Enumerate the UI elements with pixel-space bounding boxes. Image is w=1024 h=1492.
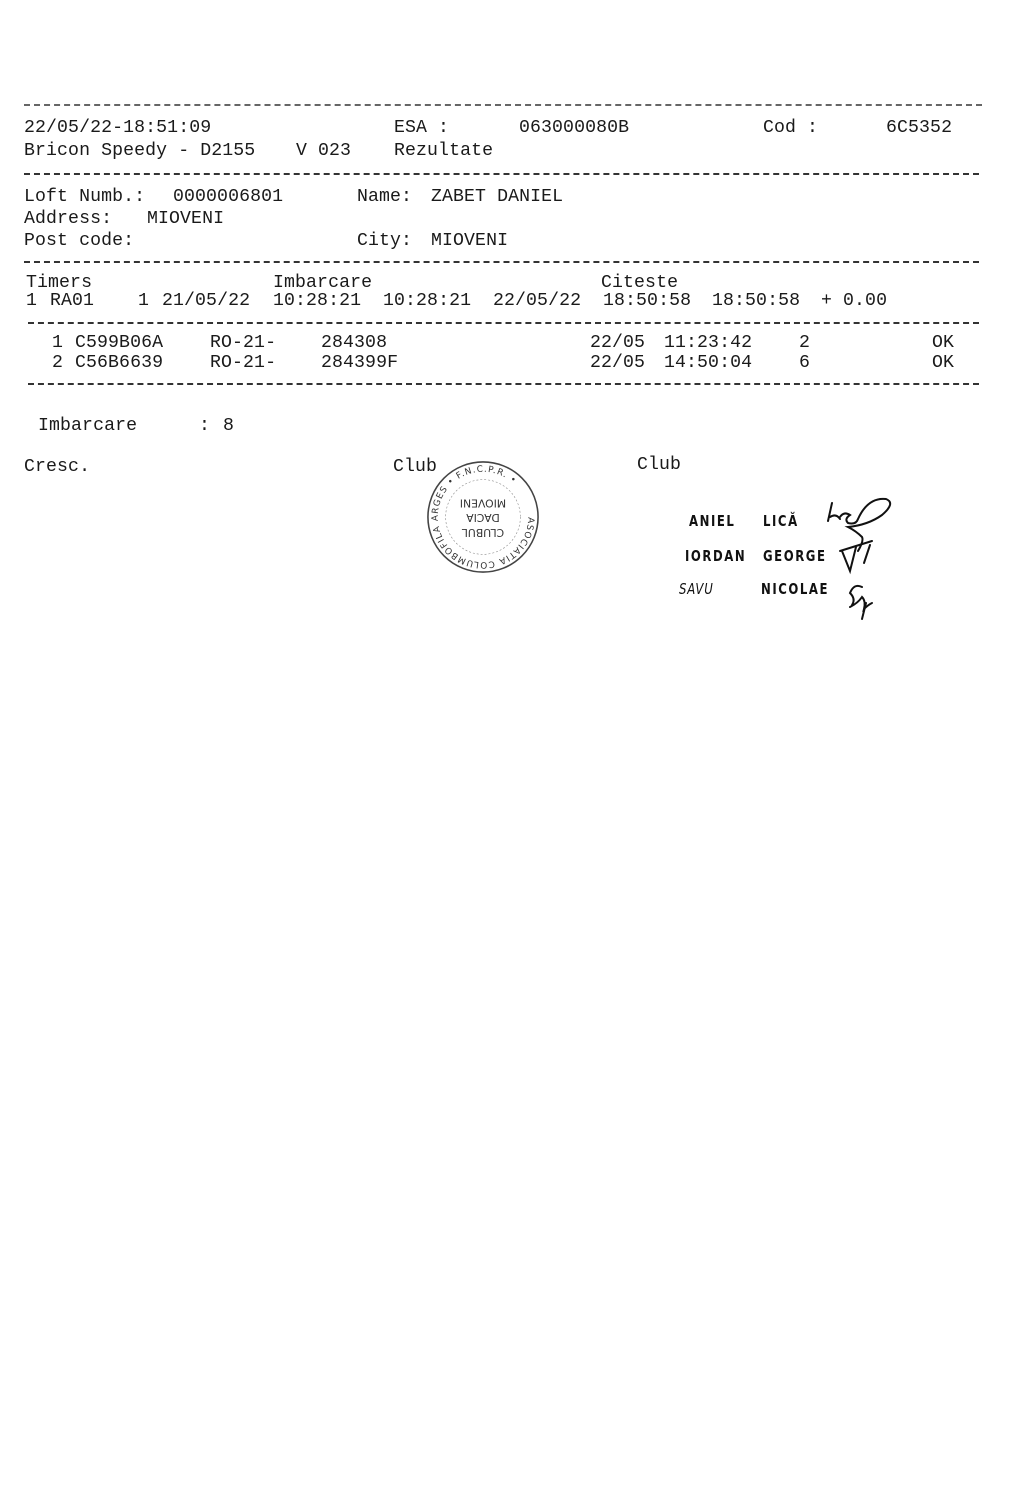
- result-ring-prefix: RO-21-: [210, 353, 276, 374]
- result-ring: 284399F: [321, 353, 398, 374]
- separator-results: [28, 383, 979, 385]
- loft-number-value: 0000006801: [173, 187, 283, 208]
- read-date: 22/05/22: [493, 291, 581, 312]
- committee-last-name: LICĂ: [763, 512, 799, 530]
- program-version: V 023: [296, 141, 351, 162]
- city-value: MIOVENI: [431, 231, 508, 252]
- committee-last-name: GEORGE: [763, 547, 827, 565]
- result-time: 14:50:04: [664, 353, 752, 374]
- separator-fancier: [24, 261, 979, 263]
- timer-count: 1: [138, 291, 149, 312]
- committee-first-name: IORDAN: [685, 547, 746, 565]
- esa-label: ESA :: [394, 118, 449, 139]
- result-date: 22/05: [590, 353, 645, 374]
- svg-text:CLUBUL: CLUBUL: [462, 526, 504, 539]
- summary-imbarcare-label: Imbarcare: [38, 416, 137, 437]
- postcode-label: Post code:: [24, 231, 134, 252]
- race-result-document: 22/05/22-18:51:09 ESA : 063000080B Cod :…: [0, 0, 1024, 1492]
- signature-scribbles-icon: [820, 495, 910, 625]
- club-stamp-icon: ASOCIATIA COLUMBOFILA ARGES • F.N.C.P.R.…: [424, 458, 542, 576]
- summary-imbarcare-value: 8: [223, 416, 234, 437]
- committee-last-name: NICOLAE: [761, 580, 829, 598]
- deviation: + 0.00: [821, 291, 887, 312]
- result-ring: 284308: [321, 333, 387, 354]
- basket-time-2: 10:28:21: [383, 291, 471, 312]
- address-label: Address:: [24, 209, 112, 230]
- committee-first-name: SAVU: [679, 580, 714, 598]
- result-ring-prefix: RO-21-: [210, 333, 276, 354]
- cod-value: 6C5352: [886, 118, 952, 139]
- result-status: OK: [932, 333, 954, 354]
- basket-time-1: 10:28:21: [273, 291, 361, 312]
- cod-label: Cod :: [763, 118, 818, 139]
- summary-imbarcare-sep: :: [199, 416, 210, 437]
- separator-timers: [28, 322, 979, 324]
- cresc-label: Cresc.: [24, 457, 90, 478]
- read-time-1: 18:50:58: [603, 291, 691, 312]
- program-name: Bricon Speedy - D2155: [24, 141, 255, 162]
- committee-first-name: ANIEL: [689, 512, 735, 530]
- result-time: 11:23:42: [664, 333, 752, 354]
- timer-id: RA01: [50, 291, 94, 312]
- result-number: 2: [799, 333, 810, 354]
- result-chip: C599B06A: [75, 333, 163, 354]
- club-label-2: Club: [637, 455, 681, 476]
- name-value: ZABET DANIEL: [431, 187, 563, 208]
- svg-text:DACIA: DACIA: [466, 511, 500, 524]
- result-position: 1: [52, 333, 63, 354]
- loft-number-label: Loft Numb.:: [24, 187, 145, 208]
- address-value: MIOVENI: [147, 209, 224, 230]
- result-date: 22/05: [590, 333, 645, 354]
- result-status: OK: [932, 353, 954, 374]
- svg-text:MIOVENI: MIOVENI: [460, 496, 506, 509]
- document-title: Rezultate: [394, 141, 493, 162]
- basket-date: 21/05/22: [162, 291, 250, 312]
- city-label: City:: [357, 231, 412, 252]
- esa-value: 063000080B: [519, 118, 629, 139]
- separator-top: [24, 104, 982, 106]
- print-datetime: 22/05/22-18:51:09: [24, 118, 211, 139]
- timer-index: 1: [26, 291, 37, 312]
- read-time-2: 18:50:58: [712, 291, 800, 312]
- name-label: Name:: [357, 187, 412, 208]
- result-number: 6: [799, 353, 810, 374]
- result-chip: C56B6639: [75, 353, 163, 374]
- result-position: 2: [52, 353, 63, 374]
- separator-header: [24, 173, 979, 175]
